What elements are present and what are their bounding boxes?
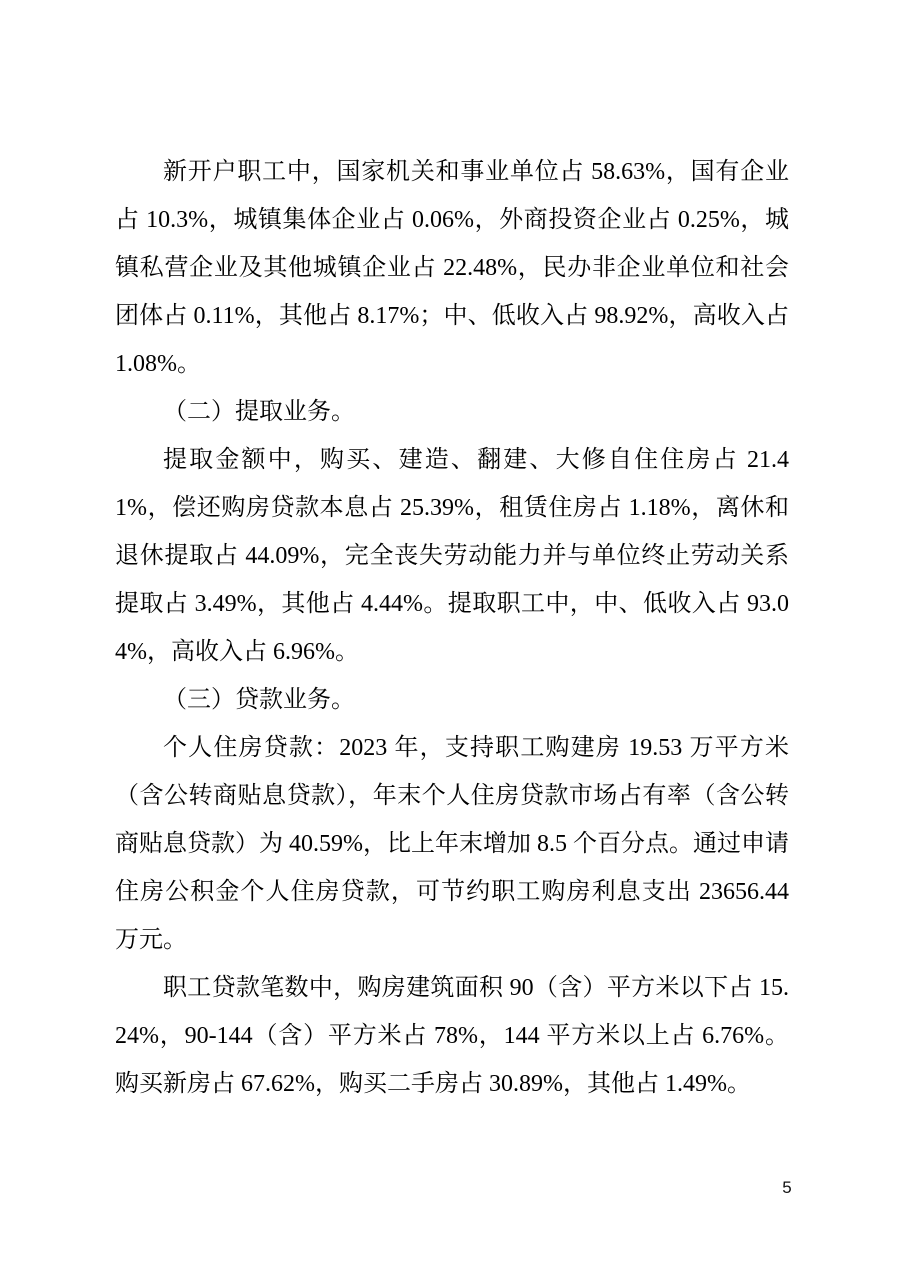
heading-withdrawal-business: （二）提取业务。 bbox=[115, 388, 789, 436]
page-number: 5 bbox=[775, 1177, 799, 1199]
document-body: 新开户职工中，国家机关和事业单位占 58.63%，国有企业占 10.3%，城镇集… bbox=[115, 148, 789, 1108]
document-page: 新开户职工中，国家机关和事业单位占 58.63%，国有企业占 10.3%，城镇集… bbox=[0, 0, 900, 1272]
paragraph-loan-counts: 职工贷款笔数中，购房建筑面积 90（含）平方米以下占 15.24%，90-144… bbox=[115, 964, 789, 1108]
heading-loan-business: （三）贷款业务。 bbox=[115, 676, 789, 724]
paragraph-personal-housing-loans: 个人住房贷款：2023 年，支持职工购建房 19.53 万平方米（含公转商贴息贷… bbox=[115, 724, 789, 964]
paragraph-withdrawal-amounts: 提取金额中，购买、建造、翻建、大修自住住房占 21.41%，偿还购房贷款本息占 … bbox=[115, 436, 789, 676]
paragraph-new-account-employees: 新开户职工中，国家机关和事业单位占 58.63%，国有企业占 10.3%，城镇集… bbox=[115, 148, 789, 388]
